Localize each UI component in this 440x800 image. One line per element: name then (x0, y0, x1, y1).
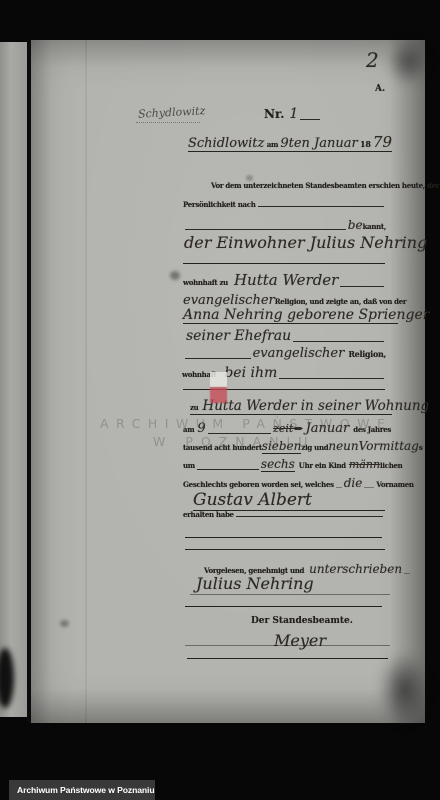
blank-rule (300, 118, 320, 120)
blank-rule (258, 205, 385, 207)
ink-spot (60, 620, 69, 627)
identity-known-line: be kannt, (183, 218, 386, 232)
paper-crease (85, 40, 87, 723)
religion-line-2: evangelischer Religion, (183, 346, 386, 361)
blank-rule (340, 285, 384, 287)
blank-rule (185, 357, 251, 359)
residence-line: wohnhaft zu Hutta Werder (183, 271, 386, 289)
declarant-line: der Einwohner Julius Nehring (184, 233, 427, 252)
archive-logo-red (210, 387, 227, 403)
scanned-record-page: 2 A. Schydlowitz Nr. 1 Schidlowitz am 9t… (0, 0, 440, 800)
registrar-label: Der Standesbeamte. (251, 616, 353, 626)
intro-line-1: Vor dem unterzeichneten Standesbeamten e… (211, 181, 439, 190)
top-right-smudge (386, 38, 430, 86)
ink-spot (170, 271, 180, 280)
child-name-line: Gustav Albert (193, 487, 385, 511)
blank-rule (404, 572, 410, 574)
signature-rule (190, 594, 390, 595)
bottom-right-smudge (378, 652, 430, 727)
birth-time-line: um sechs Uhr ein Kind männ lichen (183, 457, 395, 472)
blank-line (185, 606, 382, 607)
blank-line (185, 549, 385, 550)
blank-rule (197, 468, 259, 470)
received-line: erhalten habe (183, 510, 385, 519)
blank-rule (236, 515, 383, 517)
margin-note: Schydlowitz (138, 106, 205, 119)
archive-label: Archiwum Państwowe w Poznaniu (9, 785, 154, 795)
relation-line: seiner Ehefrau (186, 328, 386, 344)
margin-note-underline (136, 122, 200, 123)
religion-line-1: evangelischer Religion, und zeigte an, d… (183, 293, 386, 308)
mother-line: Anna Nehring geborene Sprienger (183, 307, 398, 324)
signature-rule (185, 645, 390, 646)
blank-line (187, 658, 388, 659)
blank-rule (293, 340, 384, 342)
watermark-line-1: ARCHIWUM PAŃSTWOWE (100, 416, 392, 431)
blank-line (183, 263, 385, 264)
left-page-edge (0, 42, 27, 717)
archive-logo-white (210, 372, 227, 387)
blank-rule (279, 377, 384, 379)
blank-line (185, 537, 382, 538)
record-number-line: Nr. 1 (264, 106, 322, 122)
page-number-annotation: 2 (366, 48, 379, 72)
registrar-signature: Meyer (274, 631, 326, 650)
blank-rule (185, 228, 346, 230)
archive-label-bar: Archiwum Państwowe w Poznaniu (9, 780, 155, 800)
form-letter: A. (375, 84, 385, 94)
declarant-signature: Julius Nehring (196, 574, 314, 593)
intro-line-2: Persönlichkeit nach (183, 200, 386, 209)
place-date-line: Schidlowitz am 9ten Januar 18 79 (188, 133, 392, 152)
watermark-line-2: W POZNANIU (153, 434, 315, 449)
